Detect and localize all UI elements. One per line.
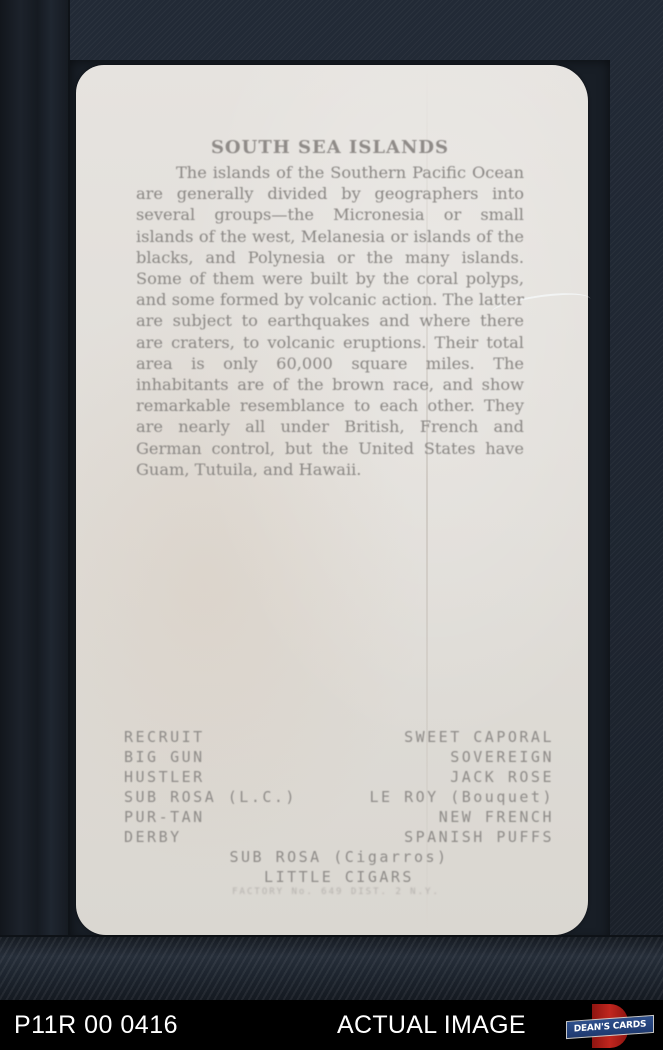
cert-id: P11R 00 0416 [14, 1011, 178, 1040]
brand-left: PUR-TAN [124, 807, 205, 827]
brand-right: SWEET CAPORAL [404, 727, 554, 747]
holder-left-rail [0, 0, 70, 1000]
brand-row: DERBY SPANISH PUFFS [124, 827, 554, 847]
actual-image-label: ACTUAL IMAGE [337, 1011, 526, 1040]
brand-row: SUB ROSA (L.C.) LE ROY (Bouquet) [124, 787, 554, 807]
brand-left: DERBY [124, 827, 182, 847]
footer-bar: P11R 00 0416 ACTUAL IMAGE DEAN'S CARDS [0, 1000, 663, 1050]
deans-cards-logo: DEAN'S CARDS [564, 1004, 656, 1048]
brand-left: HUSTLER [124, 767, 205, 787]
card-text-block: SOUTH SEA ISLANDS The islands of the Sou… [136, 137, 524, 480]
card-title: SOUTH SEA ISLANDS [136, 137, 524, 158]
brand-right: SPANISH PUFFS [404, 827, 554, 847]
brand-left: BIG GUN [124, 747, 205, 767]
card-holder: SOUTH SEA ISLANDS The islands of the Sou… [0, 0, 663, 1000]
brand-row: HUSTLER JACK ROSE [124, 767, 554, 787]
brand-center: SUB ROSA (Cigarros) [124, 847, 554, 867]
factory-line: FACTORY No. 649 DIST. 2 N.Y. [186, 887, 486, 897]
brand-right: SOVEREIGN [450, 747, 554, 767]
brand-row: RECRUIT SWEET CAPORAL [124, 727, 554, 747]
brand-left: RECRUIT [124, 727, 205, 747]
brand-right: LE ROY (Bouquet) [370, 787, 555, 807]
brand-center: LITTLE CIGARS [124, 867, 554, 887]
brand-list: RECRUIT SWEET CAPORAL BIG GUN SOVEREIGN … [124, 727, 554, 887]
holder-bottom-rail [0, 935, 663, 1002]
brand-row: PUR-TAN NEW FRENCH [124, 807, 554, 827]
card-body: The islands of the Southern Pacific Ocea… [136, 162, 524, 480]
trading-card-back: SOUTH SEA ISLANDS The islands of the Sou… [76, 65, 588, 935]
logo-banner: DEAN'S CARDS [566, 1015, 654, 1039]
brand-right: NEW FRENCH [439, 807, 554, 827]
brand-left: SUB ROSA (L.C.) [124, 787, 297, 807]
brand-right: JACK ROSE [450, 767, 554, 787]
brand-row: BIG GUN SOVEREIGN [124, 747, 554, 767]
